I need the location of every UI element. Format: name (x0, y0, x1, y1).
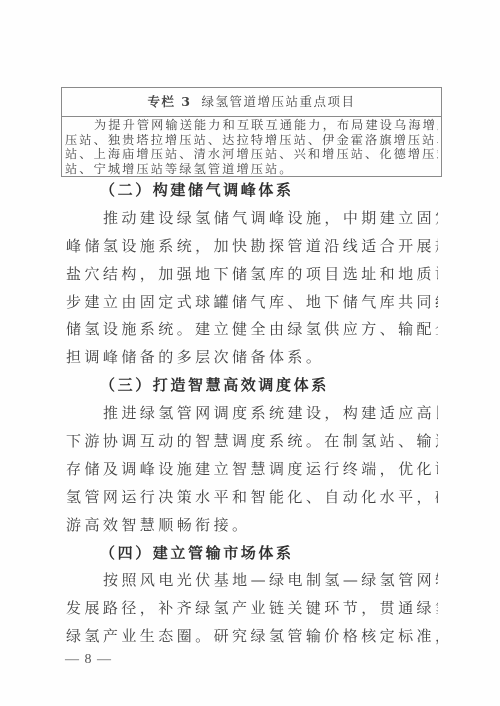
paragraph-line: 氢管网运行决策水平和智能化、自动化水平，确保绿氢管网上下 (66, 484, 438, 512)
paragraph-line: 发展路径，补齐绿氢产业链关键环节，贯通绿氢产业链条，打造 (66, 595, 438, 623)
box-line: 站、上海庙增压站、清水河增压站、兴和增压站、化德增压站、多伦增压 (65, 147, 438, 162)
paragraph-line: 步建立由固定式球罐储气库、地下储气库共同组成的多元化调峰 (66, 289, 438, 317)
box-title-text: 绿氢管道增压站重点项目 (202, 94, 356, 109)
paragraph-line: 绿氢产业生态圈。研究绿氢管输价格核定标准，科学合理确定管 (66, 623, 438, 651)
box-body: 为提升管网输送能力和互联互通能力，布局建设乌海增压站、磴口增 压站、独贵塔拉增压… (62, 117, 441, 176)
document-page: 专栏 3绿氢管道增压站重点项目 为提升管网输送能力和互联互通能力，布局建设乌海增… (0, 0, 500, 706)
paragraph-line: 担调峰储备的多层次储备体系。 (66, 344, 438, 372)
box-line: 站、宁城增压站等绿氢管道增压站。 (65, 162, 438, 177)
box-line: 为提升管网输送能力和互联互通能力，布局建设乌海增压站、磴口增 (65, 118, 438, 133)
sidebar-box-project: 专栏 3绿氢管道增压站重点项目 为提升管网输送能力和互联互通能力，布局建设乌海增… (61, 87, 442, 177)
section-heading: （三）打造智慧高效调度体系 (66, 372, 438, 400)
main-text: （二）构建储气调峰体系 推动建设绿氢储气调峰设施，中期建立固定式球罐储气库调 峰… (66, 177, 438, 651)
paragraph-line: 存储及调峰设施建立智慧调度运行终端，优化调度水平，提高绿 (66, 456, 438, 484)
paragraph-line: 下游协调互动的智慧调度系统。在制氢站、输送管道、沿线场站、 (66, 428, 438, 456)
paragraph-line: 盐穴结构，加强地下储氢库的项目选址和地质评价工作，远期逐 (66, 261, 438, 289)
box-line: 压站、独贵塔拉增压站、达拉特增压站、伊金霍洛旗增压站、乌审旗增压 (65, 133, 438, 148)
paragraph-line: 推动建设绿氢储气调峰设施，中期建立固定式球罐储气库调 (66, 205, 438, 233)
box-label: 专栏 3 (147, 94, 191, 109)
box-title: 专栏 3绿氢管道增压站重点项目 (62, 88, 441, 117)
paragraph-line: 游高效智慧顺畅衔接。 (66, 512, 438, 540)
paragraph-line: 储氢设施系统。建立健全由绿氢供应方、输配企业和用户共同承 (66, 316, 438, 344)
section-heading: （二）构建储气调峰体系 (66, 177, 438, 205)
paragraph-line: 推进绿氢管网调度系统建设，构建适应高比例绿氢输送、上 (66, 400, 438, 428)
page-number: — 8 — (65, 652, 112, 668)
section-heading: （四）建立管输市场体系 (66, 540, 438, 568)
paragraph-line: 峰储氢设施系统，加快勘探管道沿线适合开展规模化储氢的地下 (66, 233, 438, 261)
paragraph-line: 按照风电光伏基地—绿电制氢—绿氢管网输送—绿氢应用 (66, 567, 438, 595)
